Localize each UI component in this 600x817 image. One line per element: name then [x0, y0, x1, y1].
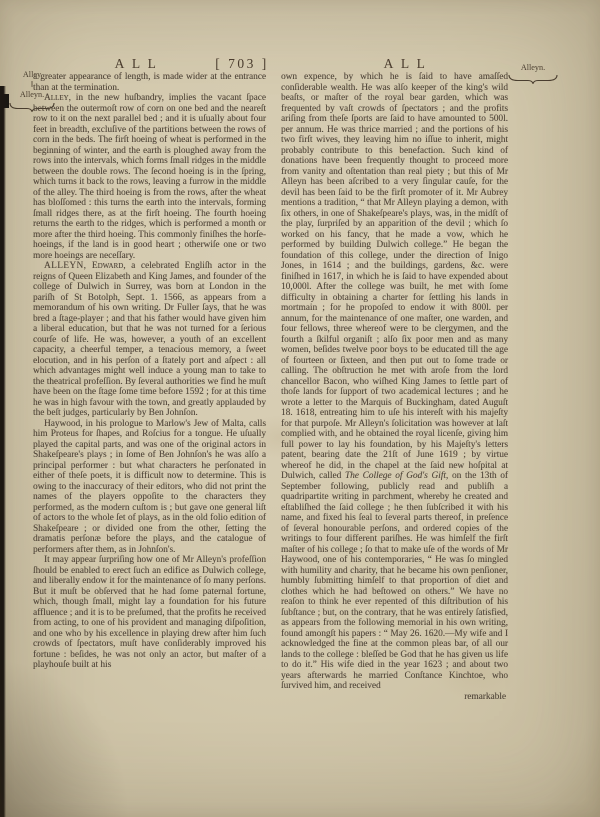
scan-gutter-edge: [0, 86, 6, 817]
entry-word: ALLEYN,: [44, 261, 86, 271]
running-head-right: ALL: [372, 56, 444, 72]
entry-word: Alley,: [44, 93, 71, 103]
paragraph-text: Haywood, in his prologue to Marlow's Jew…: [33, 419, 266, 555]
paragraph-text: a celebrated Engliſh actor in the reigns…: [33, 261, 266, 418]
paragraph-alley-continuation: a greater appearance of length, is made …: [33, 72, 266, 93]
paragraph-text: in the new huſbandry, implies the vacant…: [33, 93, 266, 261]
entry-forename: Edward,: [86, 261, 125, 271]
paragraph-text: a greater appearance of length, is made …: [33, 72, 266, 93]
text-column-left: a greater appearance of length, is made …: [33, 72, 266, 671]
paragraph-alleyn-entry: ALLEYN, Edward, a celebrated Engliſh act…: [33, 261, 266, 419]
corner-shadow: [0, 647, 140, 817]
catchword: remarkable: [281, 692, 508, 703]
paragraph-alleyn-continuation: own expence, by which he is ſaid to have…: [281, 72, 508, 692]
margin-note-line: Alleyn.: [505, 63, 561, 73]
underbrace-icon: [508, 74, 558, 84]
paragraph-alley-entry: Alley, in the new huſbandry, implies the…: [33, 93, 266, 261]
scanned-book-page: ALL [ 703 ] ALL Alley ‖ Alleyn. Alleyn. …: [0, 0, 600, 817]
paragraph-text: on the 13th of September following, publ…: [281, 471, 508, 691]
margin-note-right: Alleyn.: [505, 63, 561, 84]
page-number: [ 703 ]: [202, 56, 282, 72]
paragraph-haywood: Haywood, in his prologue to Marlow's Jew…: [33, 419, 266, 556]
paragraph-text: It may appear ſurpriſing how one of Mr A…: [33, 555, 266, 670]
running-head-left: ALL: [103, 56, 175, 72]
paragraph-text: own expence, by which he is ſaid to have…: [281, 72, 508, 481]
work-title: The College of God's Gift,: [345, 471, 448, 481]
paragraph-fortune: It may appear ſurpriſing how one of Mr A…: [33, 555, 266, 671]
text-column-right: own expence, by which he is ſaid to have…: [281, 72, 508, 702]
